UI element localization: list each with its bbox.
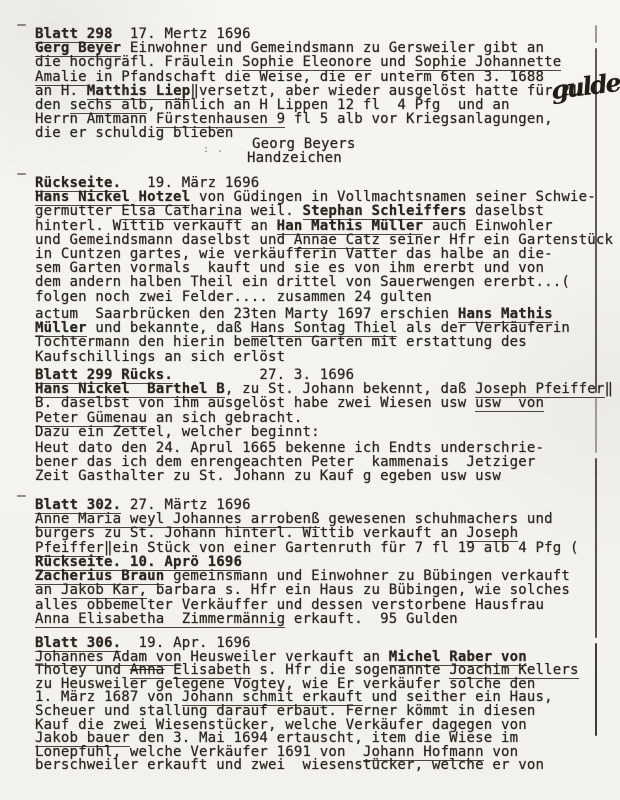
text-segment: Anna Elisabetha Zimmermännig [35, 611, 285, 628]
margin-dash [17, 173, 26, 175]
text-line: B. daselbst von ihm ausgelöst habe zwei … [35, 396, 616, 410]
text-line: den sechs alb, nählich an H Lippen 12 fl… [35, 98, 616, 112]
text-block-blatt-299: Blatt 299 Rücks. 27. 3. 1696Hans Nickel … [35, 368, 616, 439]
text-block-signature: Georg BeyersHandzeichen [35, 137, 616, 165]
text-line: bener das ich dem enrengeachten Peter ka… [35, 455, 616, 469]
text-line: Peter Gümenau an sich gebracht. [35, 411, 616, 425]
text-line: in Cuntzen gartes, wie verkäufferin Vatt… [35, 247, 616, 261]
text-block-zettel-1665: Heut dato den 24. Aprul 1665 bekenne ich… [35, 441, 616, 484]
margin-rule-segment [595, 643, 597, 736]
text-line: Dazu ein Zettel, welcher beginnt: [35, 425, 616, 439]
text-block-actum-1697: actum Saarbrücken den 23ten Marty 1697 e… [35, 307, 616, 364]
text-line: Blatt 302. 27. Märtz 1696 [35, 498, 616, 512]
text-line: Georg Beyers [35, 137, 616, 151]
text-line: Amalie in Pfandschaft die Weise, die er … [35, 70, 616, 84]
text-line: Heut dato den 24. Aprul 1665 bekenne ich… [35, 441, 616, 455]
text-layer: Blatt 298 17. Mertz 1696Gerg Beyer Einwo… [0, 0, 620, 800]
text-line: sem Garten vormals kauft und sie es von … [35, 261, 616, 275]
text-line: Tochtermann den hierin bemelten Garten m… [35, 335, 616, 349]
margin-rule-segment [595, 25, 597, 43]
text-block-blatt-298: Blatt 298 17. Mertz 1696Gerg Beyer Einwo… [35, 27, 616, 141]
margin-dash [17, 495, 26, 497]
text-line: Blatt 298 17. Mertz 1696 [35, 27, 616, 41]
text-block-rueckseite-19-maerz: Rückseite. 19. März 1696Hans Nickel Hotz… [35, 176, 616, 304]
text-line: Handzeichen [35, 151, 616, 165]
text-line: an H. Matthis Liep‖versetzt, aber wieder… [35, 84, 616, 98]
text-segment: Dazu ein Zettel, welcher beginnt: [35, 424, 320, 440]
text-line: dem andern halben Theil ein drittel von … [35, 275, 616, 289]
margin-rule-segment [595, 458, 597, 638]
text-segment: Zeit Gasthalter zu St. Johann zu Kauf g … [35, 468, 501, 484]
text-line: Kaufschillings an sich erlöst [35, 350, 616, 364]
text-line: alles obbemelter Verkäuffer und dessen v… [35, 598, 616, 612]
text-block-blatt-306: Blatt 306. 19. Apr. 1696Johannes Adam vo… [35, 637, 616, 773]
text-line: die hochgräfl. Fräulein Sophie Eleonore … [35, 55, 616, 69]
margin-rule-segment [595, 398, 597, 453]
text-line: Hans Nickel Barthel B, zu St. Johann bek… [35, 382, 616, 396]
text-line: Herrn Amtmann Fürstenhausen 9 fl 5 alb v… [35, 112, 616, 126]
text-line: Zacherius Braun gemeinsmann und Einwohne… [35, 569, 616, 583]
text-segment: Handzeichen [247, 150, 342, 166]
text-segment: berschweiler erkauft und zwei wiesenstüc… [35, 757, 544, 773]
text-segment: usw von [475, 395, 544, 412]
text-line: und Gemeindsmann daselbst und Annae Catz… [35, 233, 616, 247]
text-line: berschweiler erkauft und zwei wiesenstüc… [35, 759, 616, 773]
text-segment: Kaufschillings an sich erlöst [35, 349, 285, 365]
text-segment: folgen noch zwei Felder.... zusammen 24 … [35, 289, 432, 305]
text-line: an Jakob Kar, barbara s. Hfr ein Haus zu… [35, 583, 616, 597]
text-segment: ‖ [605, 381, 614, 397]
text-line: burgers zu St. Johann hinterl. Wittib ve… [35, 526, 616, 540]
text-line: actum Saarbrücken den 23ten Marty 1697 e… [35, 307, 616, 321]
text-line: Anne Maria weyl Johannes arrobenß gewese… [35, 512, 616, 526]
text-line: Müller und bekannte, daß Hans Sontag Thi… [35, 321, 616, 335]
text-line: folgen noch zwei Felder.... zusammen 24 … [35, 290, 616, 304]
ink-artifact: : . [203, 144, 224, 155]
margin-dash [17, 24, 26, 26]
text-line: Gerg Beyer Einwohner und Gemeindsmann zu… [35, 41, 616, 55]
text-line: Zeit Gasthalter zu St. Johann zu Kauf g … [35, 469, 616, 483]
text-segment: fl 5 alb vor Kriegsanlagungen, [285, 111, 553, 127]
ink-artifact: ... [207, 121, 228, 132]
text-line: Anna Elisabetha Zimmermännig erkauft. 95… [35, 612, 616, 626]
text-segment: erkauft. 95 Gulden [285, 611, 458, 627]
text-line: Pfeiffer‖ein Stück von einer Gartenruth … [35, 541, 616, 555]
text-line: hinterl. Wittib verkauft an Han Mathis M… [35, 219, 616, 233]
text-line: germutter Elsa Catharina weil. Stephan S… [35, 204, 616, 218]
text-block-blatt-302: Blatt 302. 27. Märtz 1696Anne Maria weyl… [35, 498, 616, 555]
text-block-rueckseite-10-april: Rückseite. 10. Aprö 1696Zacherius Braun … [35, 555, 616, 626]
